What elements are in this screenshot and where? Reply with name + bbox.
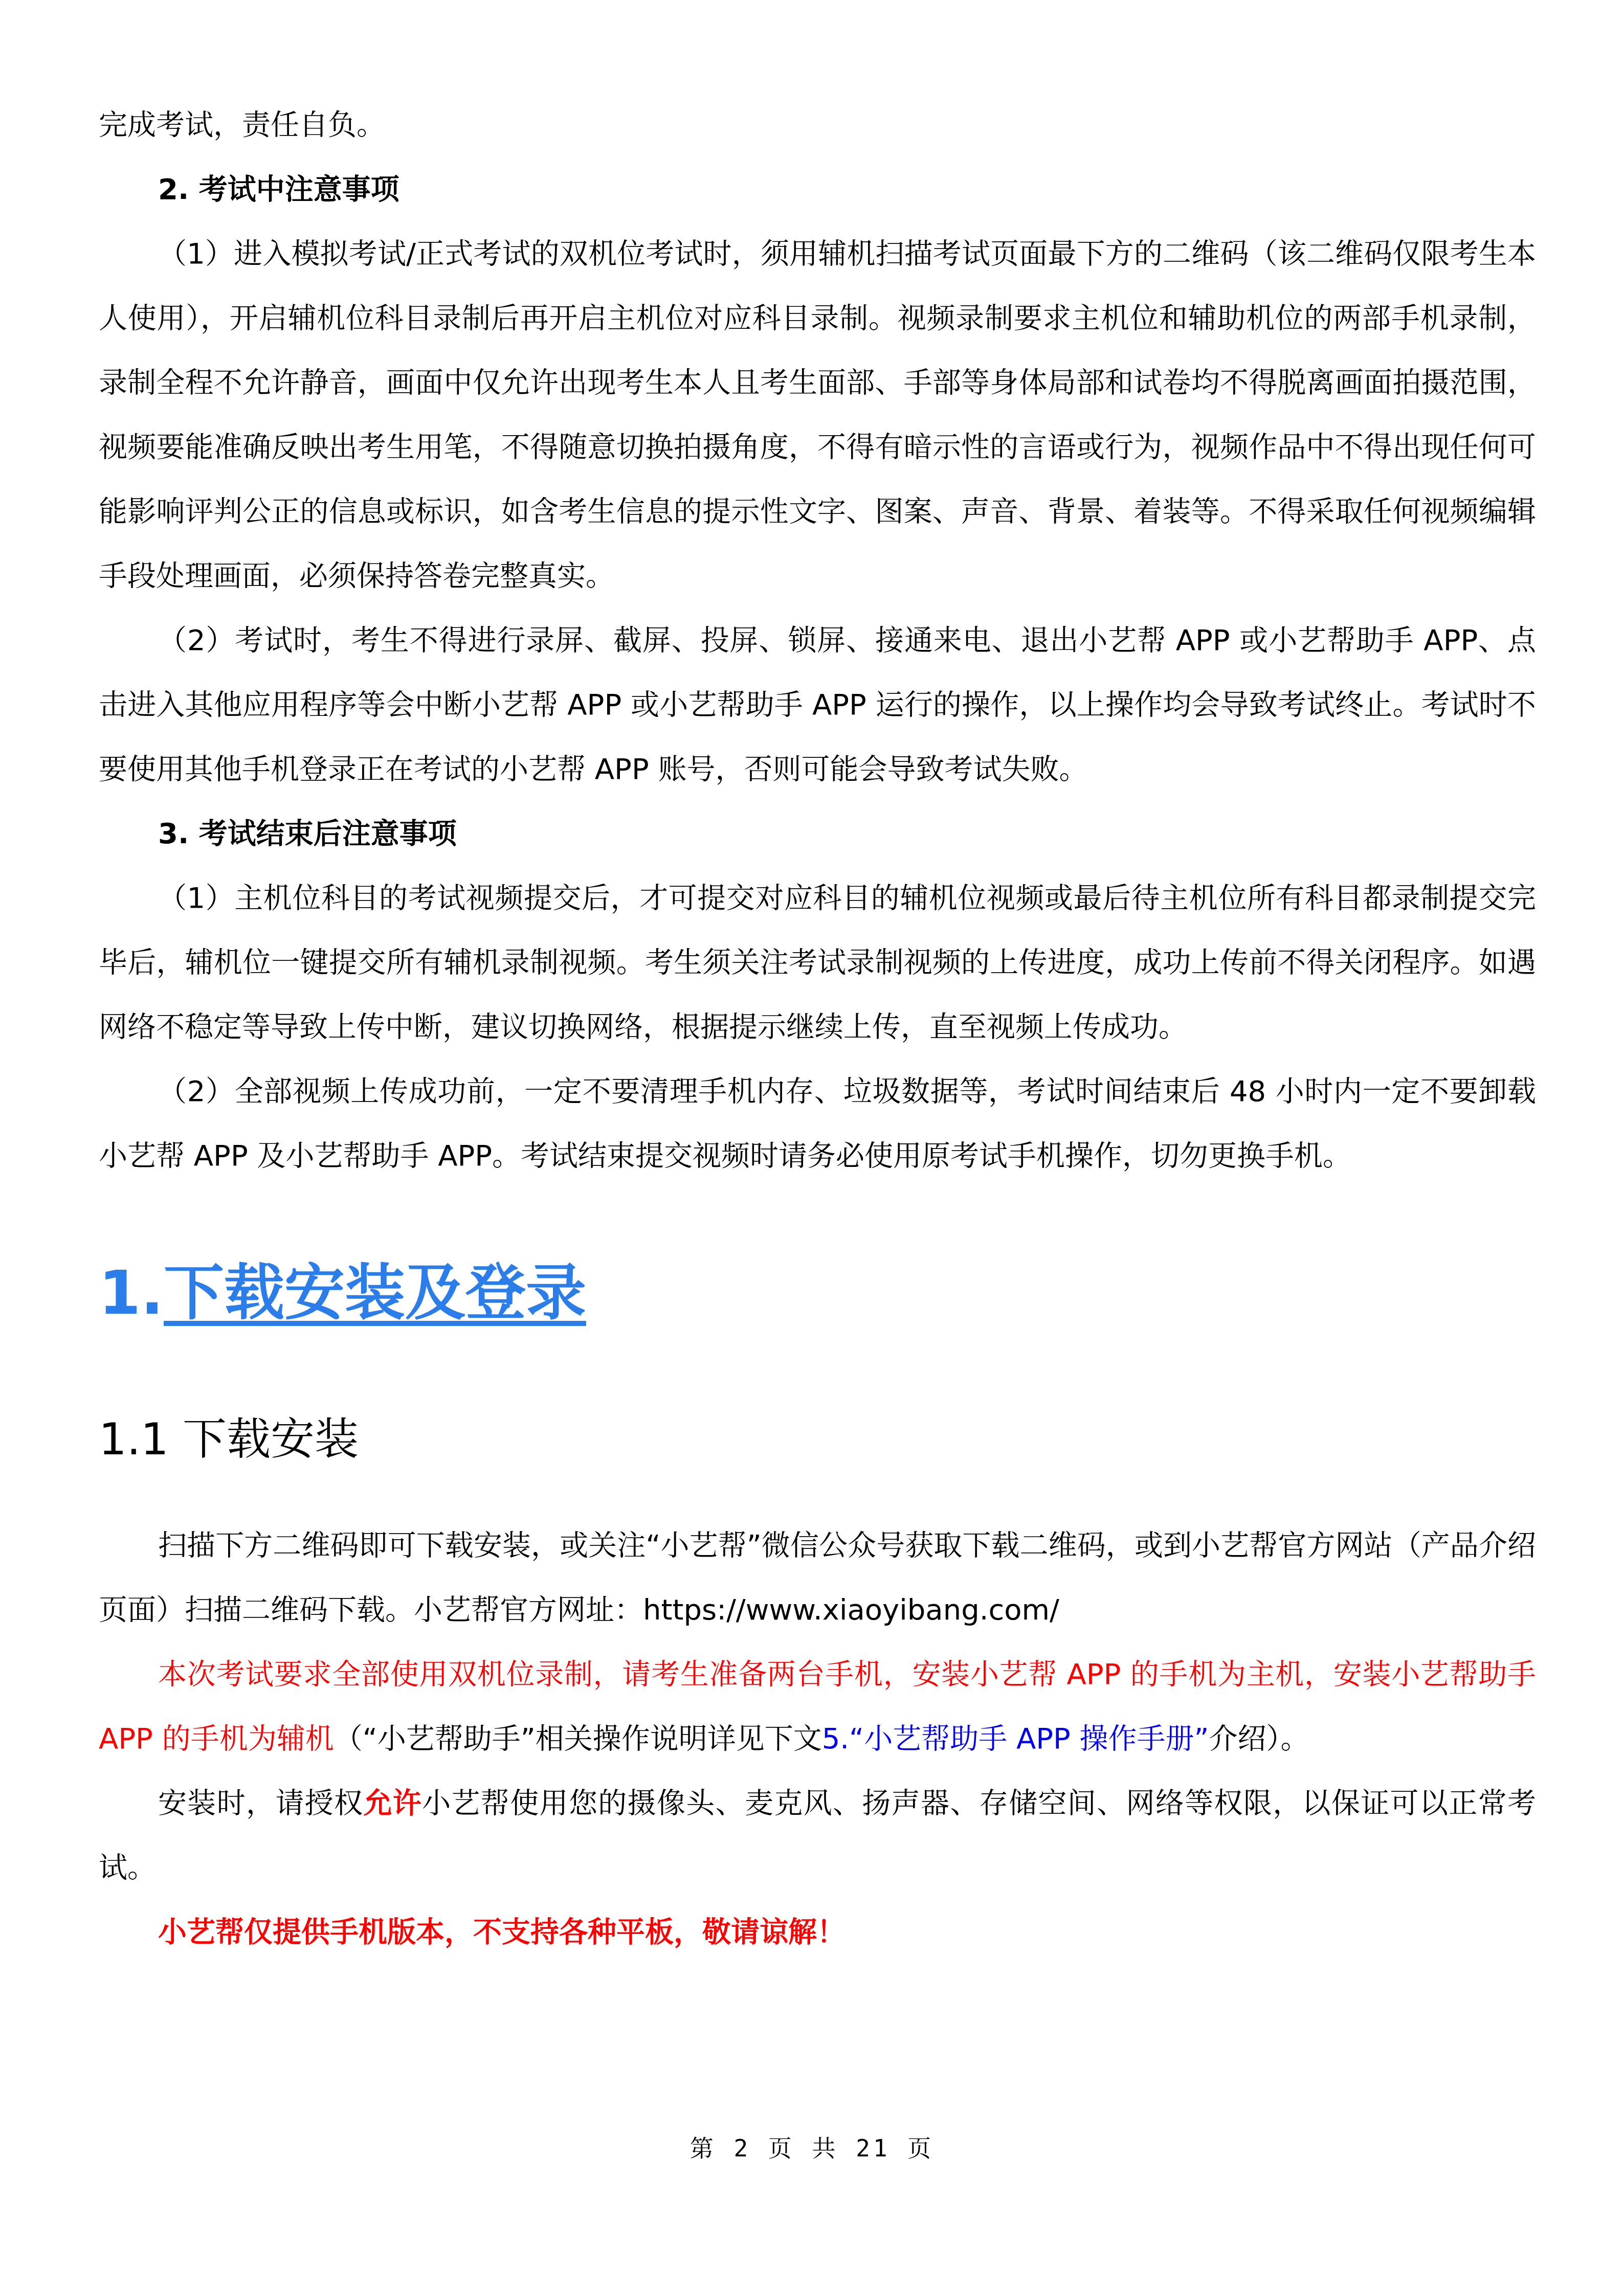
section3-paragraph-1: （1）主机位科目的考试视频提交后，才可提交对应科目的辅机位视频或最后待主机位所有… (99, 866, 1536, 1060)
section2-paragraph-1: （1）进入模拟考试/正式考试的双机位考试时，须用辅机扫描考试页面最下方的二维码（… (99, 222, 1536, 609)
dual-device-note-b: 介绍）。 (1209, 1722, 1309, 1755)
chapter-number: 1. (99, 1257, 164, 1328)
page-number-footer: 第 2 页 共 21 页 (0, 2130, 1624, 2164)
download-paragraph: 扫描下方二维码即可下载安装，或关注“小艺帮”微信公众号获取下载二维码，或到小艺帮… (99, 1514, 1536, 1642)
permission-text-a: 安装时，请授权 (158, 1787, 363, 1820)
section2-heading: 2. 考试中注意事项 (99, 157, 1536, 222)
section2-paragraph-2: （2）考试时，考生不得进行录屏、截屏、投屏、锁屏、接通来电、退出小艺帮 APP … (99, 609, 1536, 802)
dual-device-note-a: （“小艺帮助手”相关操作说明详见下文 (334, 1722, 822, 1755)
permission-allow-emphasis: 允许 (363, 1787, 422, 1820)
subsection-heading: 1.1 下载安装 (99, 1409, 359, 1470)
permission-paragraph: 安装时，请授权允许小艺帮使用您的摄像头、麦克风、扬声器、存储空间、网络等权限，以… (99, 1771, 1536, 1900)
intro-tail-text: 完成考试，责任自负。 (99, 93, 1536, 157)
tablet-warning: 小艺帮仅提供手机版本，不支持各种平板，敬请谅解！ (99, 1900, 1536, 1965)
document-page: 完成考试，责任自负。 2. 考试中注意事项 （1）进入模拟考试/正式考试的双机位… (0, 0, 1624, 2296)
section3-heading: 3. 考试结束后注意事项 (99, 802, 1536, 866)
chapter-title-link[interactable]: 下载安装及登录 (164, 1257, 586, 1328)
dual-device-paragraph: 本次考试要求全部使用双机位录制，请考生准备两台手机，安装小艺帮 APP 的手机为… (99, 1642, 1536, 1771)
section3-paragraph-2: （2）全部视频上传成功前，一定不要清理手机内存、垃圾数据等，考试时间结束后 48… (99, 1060, 1536, 1188)
chapter-heading: 1.下载安装及登录 (99, 1252, 586, 1334)
assistant-manual-link[interactable]: 5.“小艺帮助手 APP 操作手册” (822, 1722, 1209, 1755)
